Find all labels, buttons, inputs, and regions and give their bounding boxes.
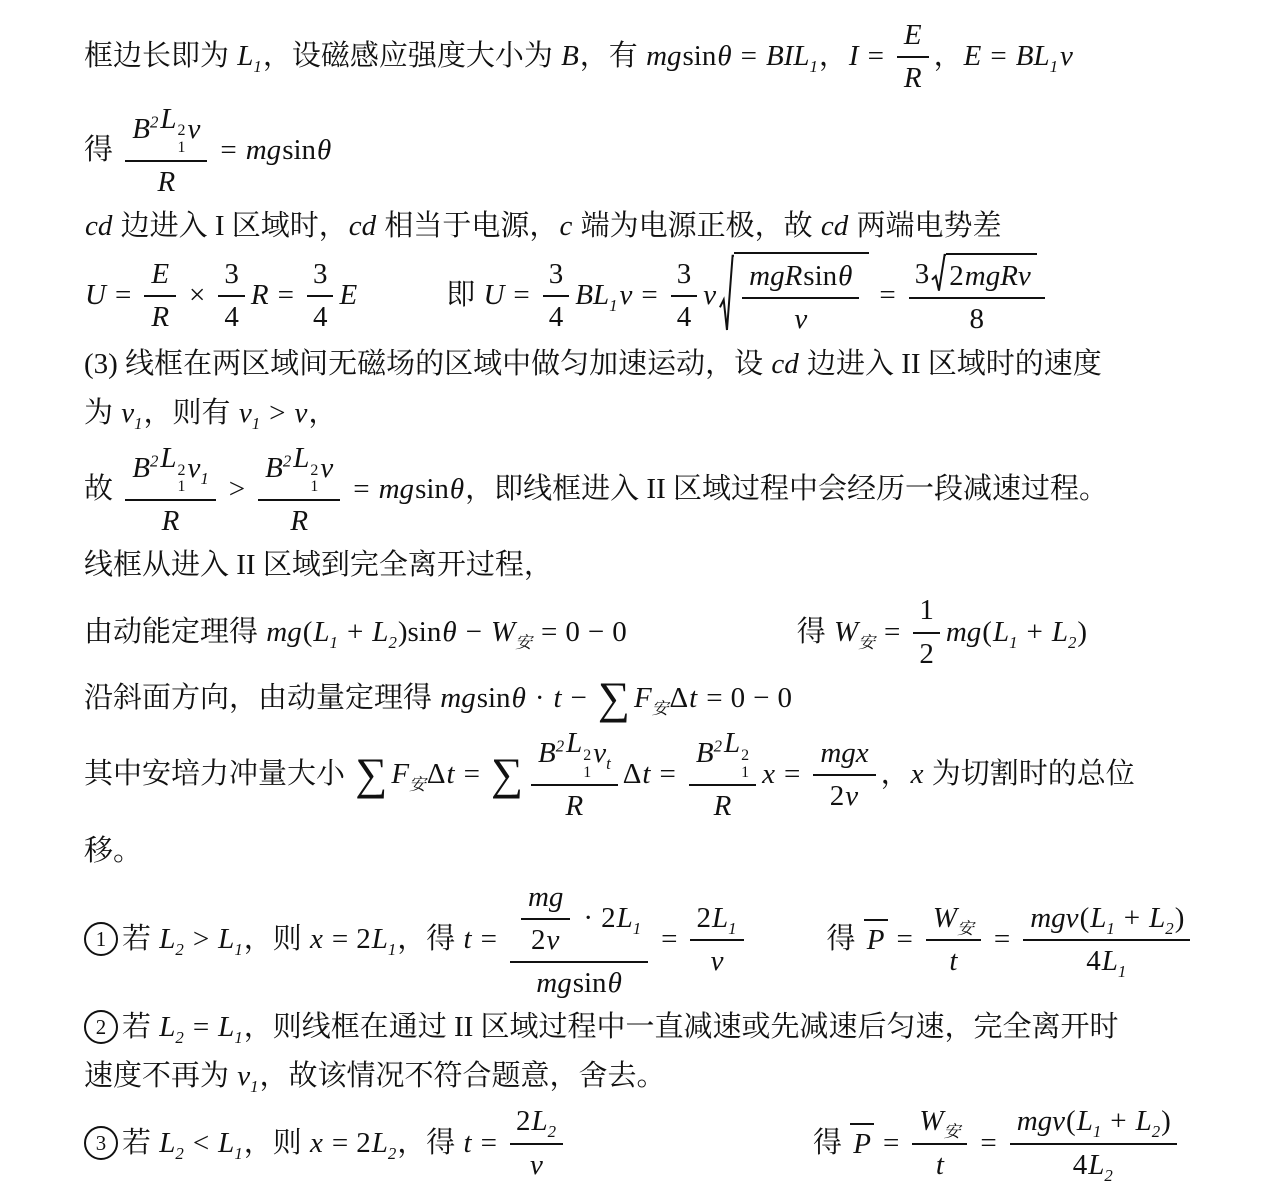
fraction: B2L21R (689, 724, 756, 825)
math-variable: R (566, 788, 584, 824)
math-operator: + (1026, 614, 1042, 650)
h-space (627, 631, 797, 632)
math-roman: 4 (313, 299, 328, 335)
math-roman: 4 (224, 299, 239, 335)
math-operator: = (541, 614, 557, 650)
math-variable: L2 (1088, 1147, 1113, 1183)
math-variable: R (290, 503, 308, 539)
math-variable: F安 (634, 680, 669, 716)
text-run: 得 (827, 921, 863, 957)
square-root: mgRsinθv (719, 252, 869, 338)
text-run: 端为电源正极，故 (573, 208, 820, 244)
text-run: 若 (122, 1125, 158, 1161)
math-variable: W安 (491, 614, 532, 650)
math-operator: = (879, 277, 895, 313)
summation-symbol: ∑ (491, 754, 523, 794)
fraction: mgx2v (813, 734, 875, 815)
math-variable: θ (442, 614, 456, 650)
math-variable: L1 (313, 614, 338, 650)
math-operator: = (661, 921, 677, 957)
math-variable: B2 (265, 450, 291, 486)
math-variable: W安 (919, 1103, 960, 1139)
math-operator: − (571, 680, 587, 716)
math-operator: · (583, 900, 593, 936)
math-variable: mg (246, 132, 281, 168)
math-roman: sin (477, 680, 511, 716)
math-variable: v1 (239, 395, 260, 431)
math-roman: 2 (601, 900, 616, 936)
math-roman: 2 (531, 922, 546, 958)
math-roman: ( (982, 614, 992, 650)
line-06: 为 v1，则有 v1>v， (84, 390, 1239, 436)
math-variable: cd (349, 208, 376, 244)
math-variable: W安 (933, 900, 974, 936)
fraction: mgv(L1+L2)4L2 (1010, 1102, 1177, 1183)
math-variable: v (703, 277, 716, 313)
math-roman: 8 (970, 301, 985, 337)
math-roman: 2 (516, 1103, 531, 1139)
document-page: 框边长即为 L1，设磁感应强度大小为 B，有 mgsinθ=BIL1，I=ER，… (0, 0, 1279, 1196)
line-14: 2若 L2=L1，则线框在通过 II 区域过程中一直减速或先减速后匀速，完全离开… (84, 1004, 1239, 1050)
math-variable: mgx (820, 735, 868, 771)
math-operator: = (741, 38, 757, 74)
math-variable: mgv (1017, 1103, 1065, 1139)
line-09: 由动能定理得 mg(L1+L2)sinθ−W安=0−0得 W安=12mg(L1+… (84, 591, 1239, 672)
math-variable: B2 (132, 450, 158, 486)
math-variable: B2 (132, 111, 158, 147)
text-run: ， (308, 395, 337, 431)
math-variable: L2 (531, 1103, 556, 1139)
h-space (358, 294, 446, 295)
text-run: 沿斜面方向，由动量定理得 (84, 680, 439, 716)
circled-number: 1 (84, 922, 118, 956)
math-operator: = (884, 614, 900, 650)
math-variable: B2 (696, 735, 722, 771)
text-run: (3) 线框在两区域间无磁场的区域中做匀加速运动，设 (84, 346, 770, 382)
math-variable: E (151, 256, 169, 292)
fraction: B2L21vR (125, 100, 207, 201)
math-operator: > (229, 471, 245, 507)
math-variable: E (964, 38, 982, 74)
math-operator: = (641, 277, 657, 313)
math-variable: L2 (159, 1125, 184, 1161)
math-variable: θ (608, 965, 622, 1001)
math-variable: I (849, 38, 859, 74)
math-roman: 4 (549, 299, 564, 335)
fraction: mg2v (521, 878, 570, 959)
math-variable: L2 (1136, 1103, 1161, 1139)
fraction: mgRsinθv (742, 257, 859, 338)
math-variable: L1 (1077, 1103, 1102, 1139)
math-operator: = (980, 1125, 996, 1161)
math-variable: E (339, 277, 357, 313)
math-variable: t (689, 680, 697, 716)
math-variable: t (949, 943, 957, 979)
math-roman: 2 (696, 900, 711, 936)
math-variable: cd (85, 208, 112, 244)
line-16: 3若 L2<L1，则 x=2L2，得 t=2L2v得 P=W安t=mgv(L1+… (84, 1102, 1239, 1183)
fraction: mgv(L1+L2)4L1 (1023, 899, 1190, 980)
fraction: B2L21vR (258, 439, 340, 540)
summation-symbol: ∑ (598, 678, 630, 718)
math-operator: > (193, 921, 209, 957)
math-variable: mg (946, 614, 981, 650)
math-variable: W安 (834, 614, 875, 650)
math-roman: sin (282, 132, 316, 168)
sup-sub-stack: 21 (178, 463, 186, 497)
math-variable: v1 (188, 450, 209, 486)
fraction: 12 (913, 591, 940, 672)
math-roman: 3 (549, 256, 564, 292)
circled-number: 3 (84, 1126, 118, 1160)
math-variable: P (864, 919, 888, 958)
text-run: 若 (122, 921, 158, 957)
math-variable: U (85, 277, 106, 313)
math-variable: v1 (237, 1058, 258, 1094)
math-variable: P (850, 1123, 874, 1162)
math-roman: ) (398, 614, 408, 650)
text-run: ，设磁感应强度大小为 (263, 38, 560, 74)
text-run: ，得 (397, 921, 462, 957)
math-operator: = (994, 921, 1010, 957)
line-02: 得 B2L21vR=mgsinθ (84, 100, 1239, 201)
math-variable: θ (450, 471, 464, 507)
math-operator: + (347, 614, 363, 650)
math-variable: t (447, 756, 455, 792)
line-08: 线框从进入 II 区域到完全离开过程， (84, 542, 1239, 588)
math-variable: t (464, 1125, 472, 1161)
math-variable: v (845, 778, 858, 814)
math-variable: BIL1 (766, 38, 818, 74)
text-run: 边进入 I 区域时， (113, 208, 347, 244)
text-run: ，则线框在通过 II 区域过程中一直减速或先减速后匀速，完全离开时 (244, 1009, 1119, 1045)
math-variable: L2 (159, 1009, 184, 1045)
math-variable: mg (266, 614, 301, 650)
text-run: 得 (84, 132, 120, 168)
math-variable: L21 (293, 440, 318, 496)
circled-number: 2 (84, 1010, 118, 1044)
text-run: 速度不再为 (84, 1058, 236, 1094)
math-roman: sin (683, 38, 717, 74)
text-run: ， (881, 756, 910, 792)
math-variable: L1 (218, 1125, 243, 1161)
math-roman: 3 (915, 256, 930, 292)
fraction: 32mgRv8 (909, 252, 1045, 338)
math-operator: = (481, 1125, 497, 1161)
text-run: ，则有 (144, 395, 238, 431)
math-variable: U (483, 277, 504, 313)
math-variable: mg (440, 680, 475, 716)
fraction: mg2v·2L1mgsinθ (510, 877, 648, 1002)
math-roman: sin (573, 965, 607, 1001)
line-12: 移。 (84, 828, 1239, 874)
math-variable: x (310, 921, 323, 957)
math-roman: 2 (356, 1125, 371, 1161)
text-run: 由动能定理得 (84, 614, 265, 650)
text-run: 故 (84, 471, 120, 507)
math-variable: c (559, 208, 572, 244)
math-variable: v (320, 450, 333, 486)
line-01: 框边长即为 L1，设磁感应强度大小为 B，有 mgsinθ=BIL1，I=ER，… (84, 16, 1239, 97)
math-variable: θ (838, 258, 852, 294)
text-run: ，则 (244, 1125, 309, 1161)
math-roman: 0 (612, 614, 627, 650)
square-root: 2mgRv (931, 253, 1037, 294)
math-variable: L21 (160, 101, 185, 157)
math-operator: = (784, 756, 800, 792)
sup-sub-stack: 21 (310, 463, 318, 497)
line-05: (3) 线框在两区域间无磁场的区域中做匀加速运动，设 cd 边进入 II 区域时… (84, 341, 1239, 387)
text-run: 得 (813, 1125, 849, 1161)
math-roman: 3 (313, 256, 328, 292)
math-variable: L21 (724, 725, 749, 781)
sup-sub-stack: 21 (583, 748, 591, 782)
math-roman: sin (415, 471, 449, 507)
math-operator: + (1110, 1103, 1126, 1139)
text-run: 边进入 II 区域时的速度 (800, 346, 1102, 382)
math-roman: ) (1161, 1103, 1171, 1139)
math-variable: E (904, 17, 922, 53)
fraction: 34 (307, 255, 334, 336)
math-variable: mgRv (965, 258, 1031, 294)
text-run: 框边长即为 (84, 38, 236, 74)
text-run: 移。 (84, 833, 142, 869)
math-operator: = (193, 1009, 209, 1045)
fraction: 2L1v (690, 899, 743, 980)
math-operator: · (535, 680, 545, 716)
math-operator: − (753, 680, 769, 716)
math-operator: − (588, 614, 604, 650)
math-variable: v (530, 1147, 543, 1183)
math-variable: BL1 (1016, 38, 1058, 74)
math-operator: = (332, 921, 348, 957)
text-run: ，即线框进入 II 区域过程中会经历一段减速过程。 (465, 471, 1108, 507)
math-roman: 2 (919, 636, 934, 672)
math-operator: − (466, 614, 482, 650)
math-operator: = (706, 680, 722, 716)
math-operator: + (1124, 900, 1140, 936)
math-variable: BL1 (575, 277, 617, 313)
math-variable: L2 (372, 1125, 397, 1161)
math-variable: t (464, 921, 472, 957)
math-roman: Δ (623, 756, 642, 792)
math-operator: = (332, 1125, 348, 1161)
text-run: ，则 (244, 921, 309, 957)
math-variable: L1 (218, 921, 243, 957)
math-operator: = (868, 38, 884, 74)
math-roman: 0 (565, 614, 580, 650)
math-roman: ) (1077, 614, 1087, 650)
math-variable: mgv (1030, 900, 1078, 936)
math-variable: θ (317, 132, 331, 168)
math-variable: x (310, 1125, 323, 1161)
math-variable: L1 (1090, 900, 1115, 936)
math-operator: = (897, 921, 913, 957)
text-run: ， (934, 38, 963, 74)
math-variable: θ (512, 680, 526, 716)
math-roman: Δ (670, 680, 689, 716)
line-13: 1若 L2>L1，则 x=2L1，得 t=mg2v·2L1mgsinθ=2L1v… (84, 877, 1239, 1002)
text-run: 为切割时的总位 (925, 756, 1135, 792)
math-roman: 4 (677, 299, 692, 335)
math-variable: vt (593, 735, 611, 771)
radical-icon (719, 252, 734, 338)
math-variable: B2 (538, 735, 564, 771)
math-roman: 2 (949, 258, 964, 294)
math-roman: ( (303, 614, 313, 650)
math-operator: = (115, 277, 131, 313)
math-variable: θ (717, 38, 731, 74)
math-variable: L2 (1052, 614, 1077, 650)
math-operator: = (353, 471, 369, 507)
fraction: W安t (926, 899, 981, 980)
fraction: 34 (671, 255, 698, 336)
math-variable: L1 (712, 900, 737, 936)
math-variable: R (714, 788, 732, 824)
math-operator: > (269, 395, 285, 431)
math-operator: = (481, 921, 497, 957)
math-variable: cd (771, 346, 798, 382)
math-variable: R (904, 60, 922, 96)
math-variable: B (561, 38, 579, 74)
math-roman: 2 (356, 921, 371, 957)
math-roman: 4 (1086, 943, 1101, 979)
math-operator: = (464, 756, 480, 792)
math-variable: v (620, 277, 633, 313)
text-run: 即 (446, 277, 482, 313)
math-operator: < (193, 1125, 209, 1161)
math-variable: L2 (159, 921, 184, 957)
math-roman: 4 (1073, 1147, 1088, 1183)
summation-symbol: ∑ (355, 754, 387, 794)
math-variable: L1 (1102, 943, 1127, 979)
math-variable: L1 (237, 38, 262, 74)
fraction: ER (144, 255, 176, 336)
text-run: 得 (797, 614, 833, 650)
line-03: cd 边进入 I 区域时，cd 相当于电源，c 端为电源正极，故 cd 两端电势… (84, 203, 1239, 249)
math-variable: L2 (1149, 900, 1174, 936)
math-variable: cd (821, 208, 848, 244)
math-roman: 3 (677, 256, 692, 292)
math-operator: = (883, 1125, 899, 1161)
math-roman: sin (408, 614, 442, 650)
text-run: ，故该情况不符合题意，舍去。 (260, 1058, 666, 1094)
line-07: 故 B2L21v1R>B2L21vR=mgsinθ，即线框进入 II 区域过程中… (84, 439, 1239, 540)
math-variable: v (794, 301, 807, 337)
math-roman: ( (1066, 1103, 1076, 1139)
math-roman: 1 (919, 592, 934, 628)
text-run: 为 (84, 395, 120, 431)
text-run: 其中安培力冲量大小 (84, 756, 352, 792)
math-variable: R (251, 277, 269, 313)
math-variable: mg (528, 879, 563, 915)
math-roman: ( (1080, 900, 1090, 936)
math-roman: 2 (830, 778, 845, 814)
math-variable: L1 (218, 1009, 243, 1045)
math-operator: = (659, 756, 675, 792)
math-variable: L1 (372, 921, 397, 957)
fraction: B2L21v1R (125, 439, 216, 540)
math-variable: v (294, 395, 307, 431)
fraction: ER (897, 16, 929, 97)
text-run: ， (819, 38, 848, 74)
math-variable: v (1060, 38, 1073, 74)
math-variable: L1 (993, 614, 1018, 650)
math-variable: t (553, 680, 561, 716)
fraction: W安t (912, 1102, 967, 1183)
math-variable: R (151, 299, 169, 335)
math-roman: ) (1175, 900, 1185, 936)
line-10: 沿斜面方向，由动量定理得 mgsinθ·t−∑F安Δt=0−0 (84, 675, 1239, 721)
math-roman: Δ (427, 756, 446, 792)
h-space (749, 939, 827, 940)
math-variable: F安 (391, 756, 426, 792)
text-run: 若 (122, 1009, 158, 1045)
line-11: 其中安培力冲量大小 ∑F安Δt=∑B2L21vtRΔt=B2L21Rx=mgx2… (84, 724, 1239, 825)
math-variable: L1 (617, 900, 642, 936)
math-variable: mg (536, 965, 571, 1001)
math-variable: t (936, 1147, 944, 1183)
math-variable: x (911, 756, 924, 792)
text-run: ，得 (397, 1125, 462, 1161)
line-04: U=ER×34R=34E即 U=34BL1v=34vmgRsinθv=32mgR… (84, 252, 1239, 338)
text-run: 两端电势差 (849, 208, 1001, 244)
math-operator: = (513, 277, 529, 313)
math-variable: R (157, 164, 175, 200)
math-variable: mgR (749, 258, 802, 294)
fraction: 2L2v (510, 1102, 563, 1183)
fraction: 34 (218, 255, 245, 336)
math-variable: mg (646, 38, 681, 74)
math-operator: × (189, 277, 205, 313)
text-run: 线框从进入 II 区域到完全离开过程， (84, 547, 553, 583)
math-operator: = (990, 38, 1006, 74)
math-variable: L21 (160, 440, 185, 496)
math-roman: 0 (777, 680, 792, 716)
math-variable: x (762, 756, 775, 792)
math-variable: L2 (372, 614, 397, 650)
math-roman: 3 (224, 256, 239, 292)
math-variable: t (642, 756, 650, 792)
math-variable: mg (379, 471, 414, 507)
math-variable: R (162, 503, 180, 539)
h-space (568, 1142, 813, 1143)
fraction: B2L21vtR (531, 724, 618, 825)
math-variable: v (188, 111, 201, 147)
line-15: 速度不再为 v1，故该情况不符合题意，舍去。 (84, 1053, 1239, 1099)
math-variable: v1 (121, 395, 142, 431)
math-variable: v (546, 922, 559, 958)
math-variable: v (711, 943, 724, 979)
text-run: ，有 (580, 38, 645, 74)
math-roman: 0 (731, 680, 746, 716)
math-operator: = (220, 132, 236, 168)
math-roman: sin (803, 258, 837, 294)
sup-sub-stack: 21 (178, 123, 186, 157)
math-operator: = (278, 277, 294, 313)
fraction: 34 (543, 255, 570, 336)
text-run: 相当于电源， (377, 208, 558, 244)
document-lines: 框边长即为 L1，设磁感应强度大小为 B，有 mgsinθ=BIL1，I=ER，… (84, 16, 1239, 1183)
sup-sub-stack: 21 (741, 748, 749, 782)
radical-icon (931, 253, 946, 294)
math-variable: L21 (566, 725, 591, 781)
